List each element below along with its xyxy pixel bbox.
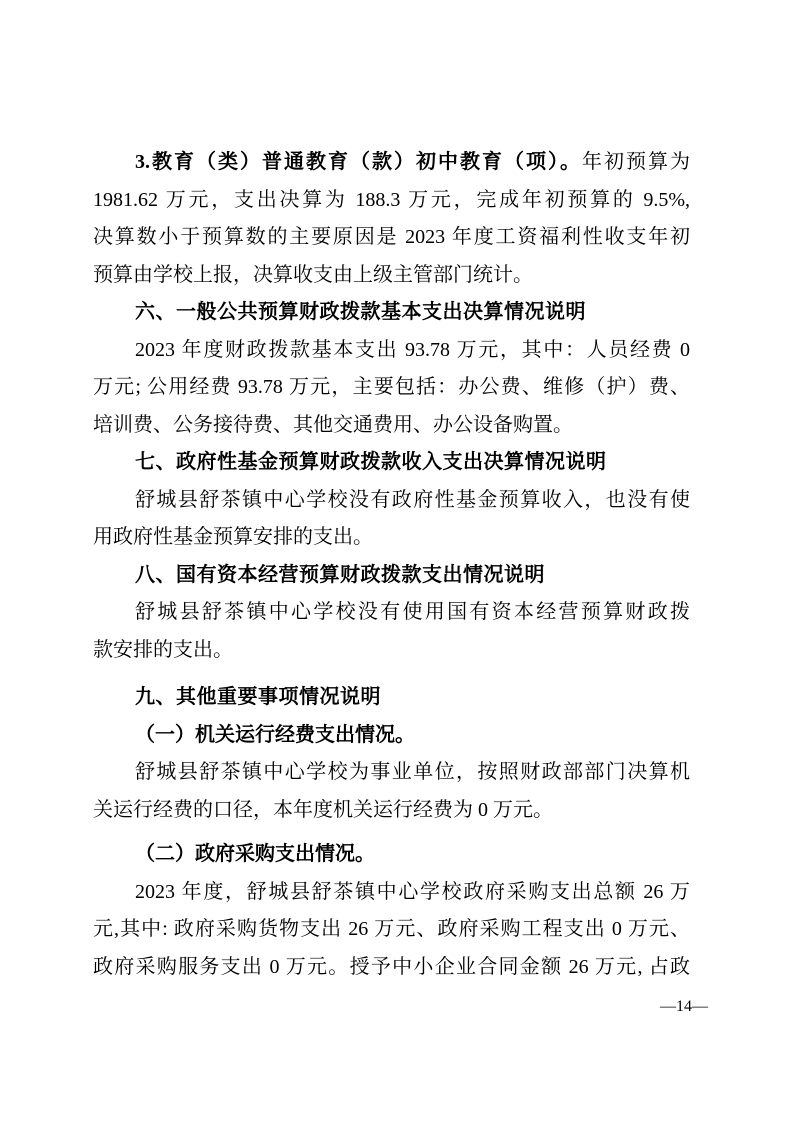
section6-heading: 六、一般公共预算财政拨款基本支出决算情况说明 (93, 294, 690, 332)
document-page: 3.教育（类）普通教育（款）初中教育（项）。年初预算为 1981.62 万元，支… (0, 0, 793, 1122)
section8-heading: 八、国有资本经营预算财政拨款支出情况说明 (93, 557, 690, 595)
section6-line-2: 万元; 公用经费 93.78 万元，主要包括：办公费、维修（护）费、 (93, 369, 690, 407)
section6-line-3: 培训费、公务接待费、其他交通费用、办公设备购置。 (93, 407, 690, 445)
section8-line-2: 款安排的支出。 (93, 632, 690, 670)
para-education-line-4: 预算由学校上报，决算收支由上级主管部门统计。 (93, 257, 690, 295)
para-education-line-1-rest: 年初预算为 (582, 151, 690, 173)
para-education-line-1: 3.教育（类）普通教育（款）初中教育（项）。年初预算为 (93, 144, 690, 182)
section9-sub1-line-1: 舒城县舒茶镇中心学校为事业单位，按照财政部部门决算机 (93, 754, 690, 792)
section7-line-1: 舒城县舒茶镇中心学校没有政府性基金预算收入，也没有使 (93, 482, 690, 520)
section9-heading: 九、其他重要事项情况说明 (93, 679, 690, 717)
section6-line-1: 2023 年度财政拨款基本支出 93.78 万元，其中：人员经费 0 (93, 332, 690, 370)
section8-line-1: 舒城县舒茶镇中心学校没有使用国有资本经营预算财政拨 (93, 594, 690, 632)
section9-sub2-line-1: 2023 年度，舒城县舒茶镇中心学校政府采购支出总额 26 万 (93, 874, 690, 912)
section9-sub1-heading: （一）机关运行经费支出情况。 (93, 717, 690, 755)
section9-sub2-heading: （二）政府采购支出情况。 (93, 836, 690, 874)
para-education-line-3: 决算数小于预算数的主要原因是 2023 年度工资福利性收支年初 (93, 219, 690, 257)
para-education-line-2: 1981.62 万元，支出决算为 188.3 万元，完成年初预算的 9.5%, (93, 182, 690, 220)
page-number: —14— (660, 997, 708, 1017)
section7-heading: 七、政府性基金预算财政拨款收入支出决算情况说明 (93, 444, 690, 482)
para-education-lead-bold: 3.教育（类）普通教育（款）初中教育（项）。 (135, 151, 582, 173)
section7-line-2: 用政府性基金预算安排的支出。 (93, 519, 690, 557)
document-content: 3.教育（类）普通教育（款）初中教育（项）。年初预算为 1981.62 万元，支… (93, 144, 690, 986)
section9-sub2-line-2: 元,其中: 政府采购货物支出 26 万元、政府采购工程支出 0 万元、 (93, 911, 690, 949)
section9-sub1-line-2: 关运行经费的口径，本年度机关运行经费为 0 万元。 (93, 792, 690, 830)
section9-sub2-line-3: 政府采购服务支出 0 万元。授予中小企业合同金额 26 万元, 占政 (93, 949, 690, 987)
